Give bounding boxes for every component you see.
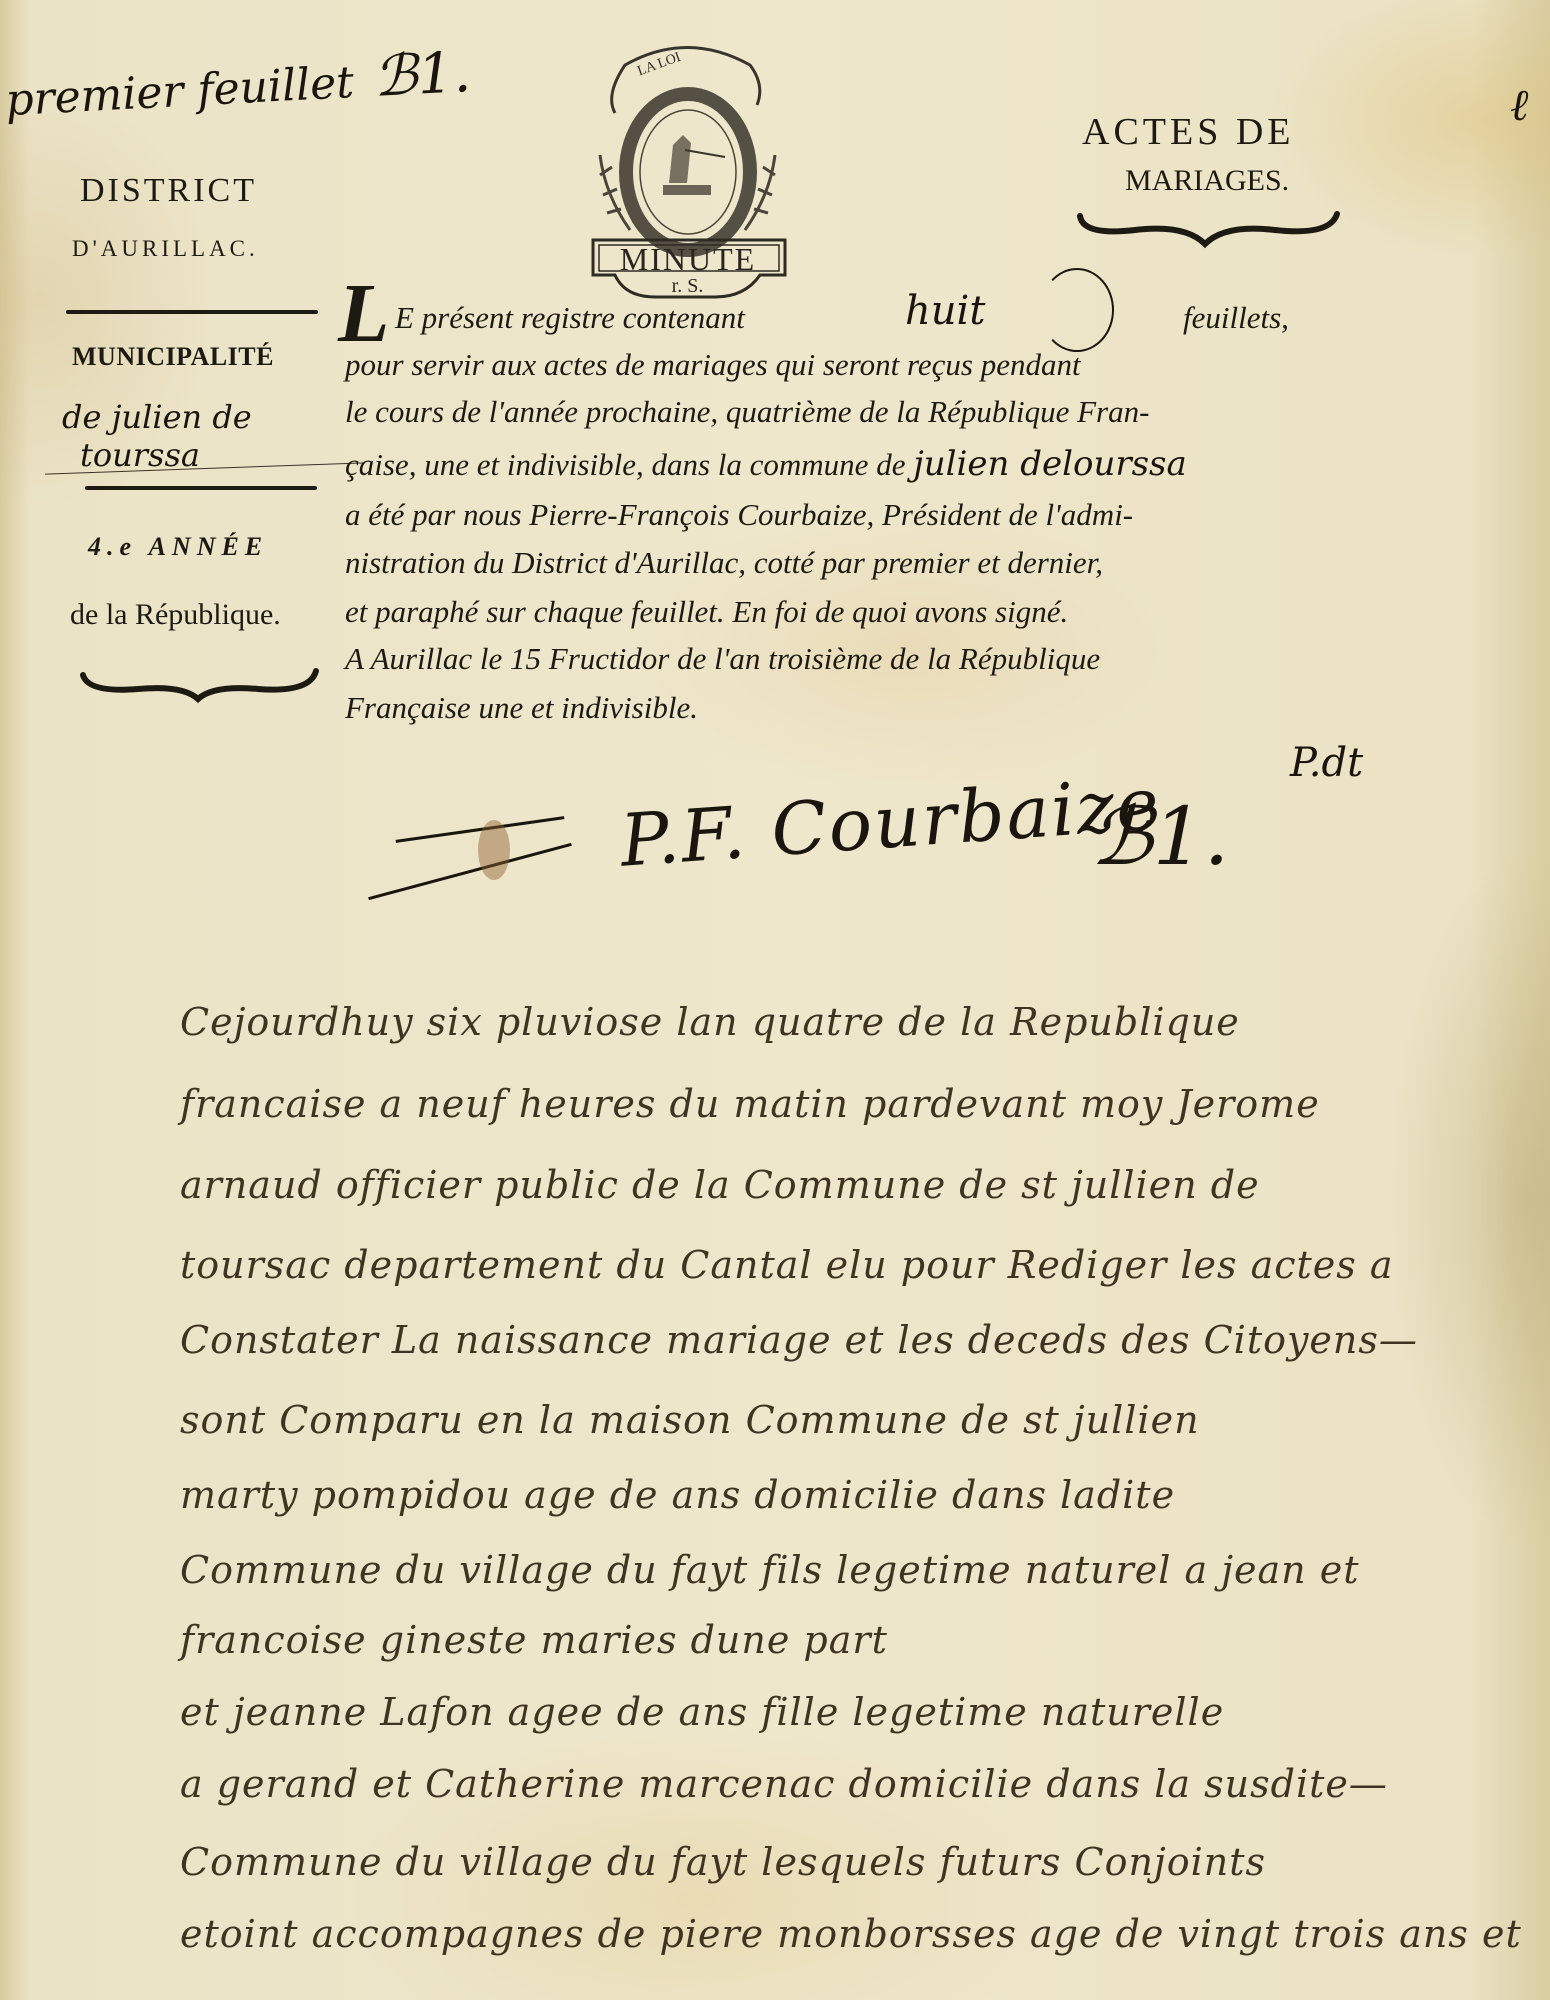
margin-note-premier-feuillet: premier feuillet ℬ1. [4,40,473,129]
handwritten-act-line: francaise a neuf heures du matin pardeva… [180,1082,1320,1126]
handwritten-loop [1040,268,1114,352]
handwritten-act-line: Constater La naissance mariage et les de… [180,1318,1418,1362]
handwritten-count: huit [905,288,985,334]
signature: P.F. Courbaize [618,761,1164,883]
printed-line: le cours de l'année prochaine, quatrième… [345,394,1335,430]
district-name: D'AURILLAC. [72,236,259,262]
printed-line: pour servir aux actes de mariages qui se… [345,347,1335,383]
stamp-main-text: MINUTE [603,241,773,278]
handwritten-act-line: sont Comparu en la maison Commune de st … [180,1398,1200,1442]
ornamental-brace-icon [78,665,323,705]
ornamental-brace-icon [1075,210,1345,250]
printed-line: Française une et indivisible. [345,690,1335,726]
register-title-line1: ACTES DE [1082,110,1295,154]
top-right-margin-mark: ℓ [1510,80,1528,131]
signature-suffix: P.dt [1290,740,1363,786]
municipality-handwritten-line2: tourssa [80,436,252,474]
drop-cap: L [338,272,389,356]
handwritten-act-line: toursac departement du Cantal elu pour R… [180,1243,1394,1287]
handwritten-act-line: Commune du village du fayt fils legetime… [180,1548,1359,1592]
signature-stroke [368,843,572,900]
printed-line: çaise, une et indivisible, dans la commu… [345,444,1335,484]
paraph-mark: ℬ1. [372,40,473,110]
handwritten-act-line: Commune du village du fayt lesquels futu… [180,1840,1266,1884]
stamp-sub-text: r. S. [585,275,790,298]
printed-line: et paraphé sur chaque feuillet. En foi d… [345,594,1335,630]
municipality-label: MUNICIPALITÉ [72,342,274,372]
handwritten-act-line: marty pompidou age de ans domicilie dans… [180,1473,1175,1517]
count-suffix: feuillets, [1183,300,1289,336]
register-title-line2: MARIAGES. [1125,164,1289,198]
signature-paraph: ℬ1. [1090,790,1229,883]
handwritten-act-line: a gerand et Catherine marcenac domicilie… [180,1762,1388,1806]
handwritten-act-line: Cejourdhuy six pluviose lan quatre de la… [180,1000,1240,1044]
official-stamp: LA LOI MINUTE r. S. [585,35,790,305]
municipality-handwritten-line1: de julien de [62,398,252,436]
divider-rule [66,310,318,314]
handwritten-act-line: et jeanne Lafon agee de ans fille legeti… [180,1690,1224,1734]
margin-note-text: premier feuillet [4,57,355,126]
divider-rule [85,486,317,490]
republic-label: de la République. [70,598,281,632]
printed-line: a été par nous Pierre-François Courbaize… [345,497,1335,533]
municipality-handwritten: de julien de tourssa [62,398,252,474]
handwritten-act-line: arnaud officier public de la Commune de … [180,1163,1260,1207]
handwritten-commune: julien delourssa [913,444,1187,484]
district-label: DISTRICT [80,172,257,210]
printed-line: nistration du District d'Aurillac, cotté… [345,545,1335,581]
printed-line: A Aurillac le 15 Fructidor de l'an trois… [345,641,1335,677]
handwritten-act-line: etoint accompagnes de piere monborsses a… [180,1912,1522,1956]
document-page: premier feuillet ℬ1. ℓ DISTRICT D'AURILL… [0,0,1550,2000]
handwritten-act-line: francoise gineste maries dune part [180,1618,888,1662]
year-label: 4.e ANNÉE [88,532,268,562]
ink-stain [478,820,510,880]
